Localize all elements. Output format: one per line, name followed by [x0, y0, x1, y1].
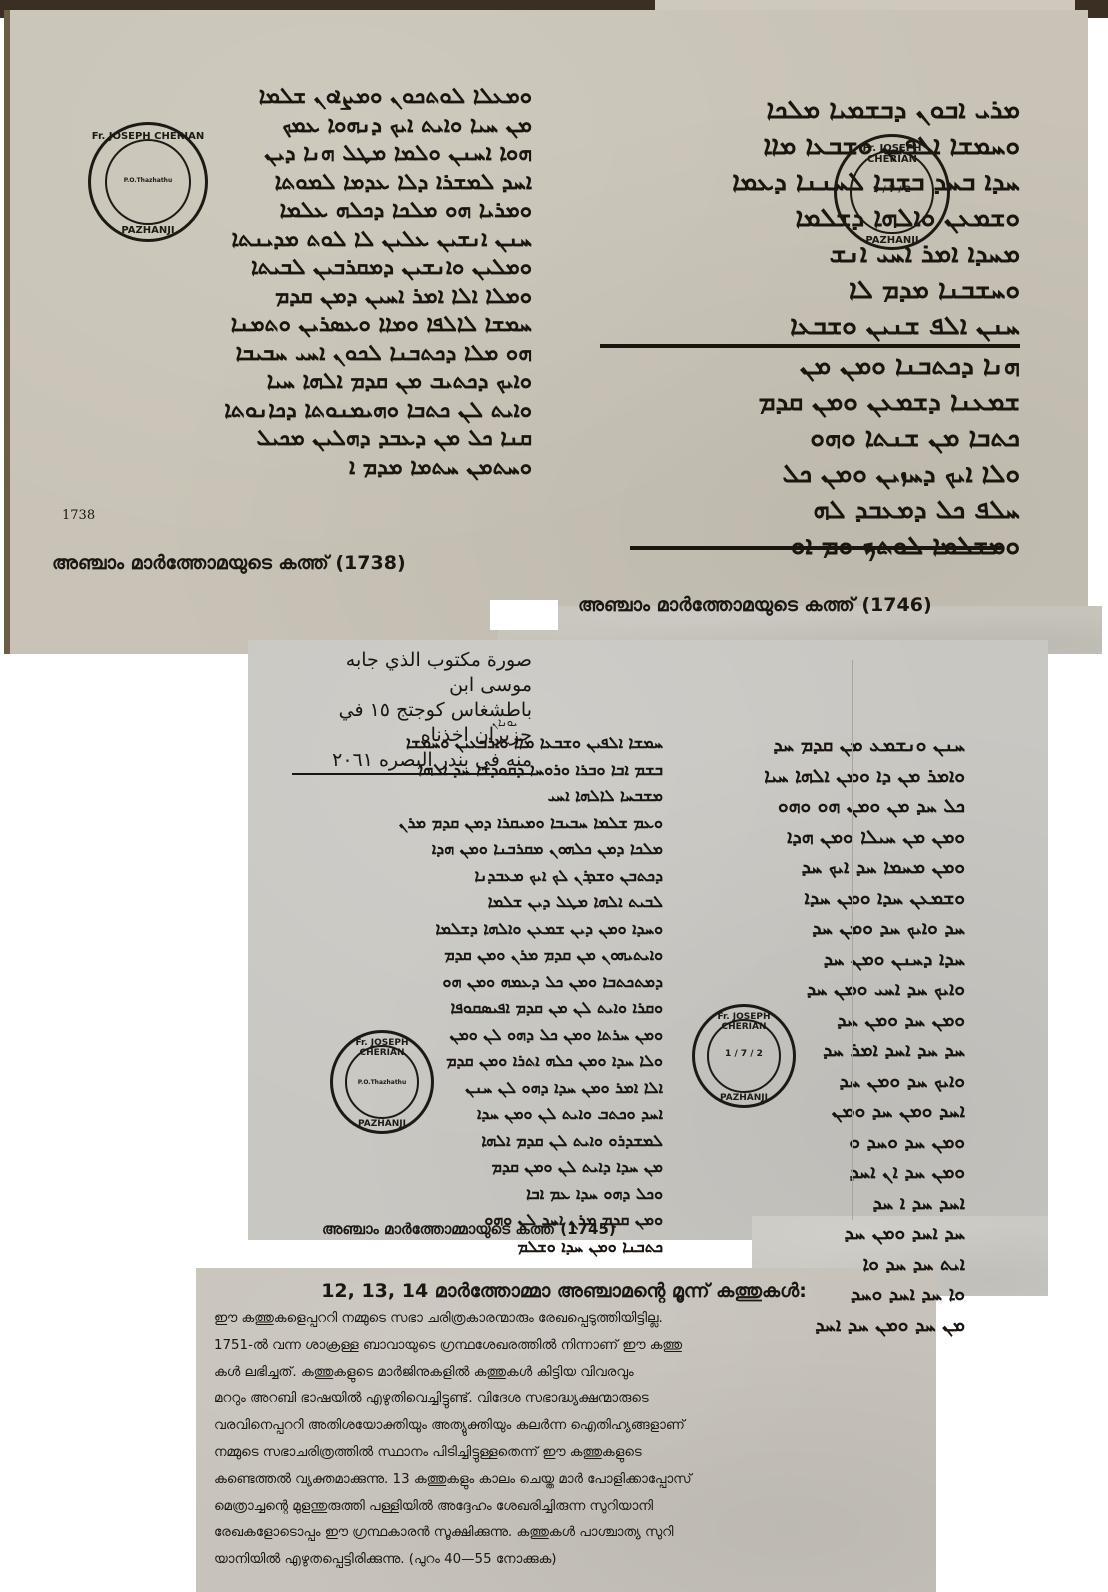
text-line: മെത്രാച്ചന്റെ മുളന്തുരുത്തി പള്ളിയിൽ അദ്…: [214, 1494, 914, 1521]
gap-block-right: [1048, 654, 1108, 1592]
manuscript-line: ܚܢܢ ܘܢܫܡܥ ܡܢ ܩܕܡ ܚܕ: [660, 730, 965, 761]
manuscript-line: ܚܕ ܘܐܝܟ ܚܕ ܘܡܢ ܚܕ: [660, 913, 965, 944]
stamp-text-top: Fr. JOSEPH CHERIAN: [91, 131, 205, 142]
annotation: ܝܘܢܐܢ: [492, 716, 517, 730]
stamp-text-bottom: PAZHANJI: [333, 1119, 431, 1129]
stamp-text-top: Fr. JOSEPH CHERIAN: [837, 143, 947, 165]
text-line: 1751-ൽ വന്ന ശാക്രള്ള ബാവായുടെ ഗ്രന്ഥശേഖര…: [214, 1333, 914, 1360]
manuscript-line: ܘܫܡܥܢ ܘܐܠܗܐ ܕܫܠܡܐ: [600, 200, 1020, 236]
text-line: കണ്ടെത്തൽ വ്യക്തമാക്കുന്നു. 13 കത്തുകളും…: [214, 1467, 914, 1494]
text-line: നമ്മുടെ സഭാചരിത്രത്തിൽ സ്ഥാനം പിടിച്ചിട്…: [214, 1440, 914, 1467]
manuscript-line: ܘܡܥܠܐ ܠܘܬܟܘܢ ܘܡܨܐܘܢ ܫܠܡܐ: [62, 82, 532, 111]
ownership-stamp: Fr. JOSEPH CHERIAN 9 / 7 / 2 PAZHANJI: [834, 134, 950, 250]
manuscript-line: ܡܚܕܐ ܐܡܪ ܐܚܝ ܐܢܫ: [600, 236, 1020, 272]
manuscript-line: ܟܠ ܚܕ ܡܢ ܘܡܢ ܗܘ ܘܗܘ: [660, 791, 965, 822]
text-line: വരവിനെപ്പററി അതിശയോക്തിയും അത്യുക്തിയും …: [214, 1413, 914, 1440]
stamp-text-center: P.O.Thazhathu: [333, 1079, 431, 1086]
manuscript-line: ܘܩܪܐ ܘܐܝܬ ܠܢ ܡܢ ܩܕܡ ܐܦܝܣܩܘܦܐ: [288, 995, 663, 1022]
manuscript-line: ܚܢܢ ܐܠܦ ܫܢܝܢ ܘܫܒܥܐ: [600, 308, 1020, 348]
figure-caption-1745: അഞ്ചാം മാർത്തോമ്മായുടെ കത്ത് (1745): [322, 1220, 616, 1238]
stamp-text-bottom: PAZHANJI: [91, 225, 205, 236]
manuscript-line: ܕܡܬܟܬܒܐ ܘܡܢ ܟܠ ܕܥܡܗ ܘܡܢ ܗܘ: [288, 969, 663, 996]
manuscript-line: ܘܚܕܐ ܘܡܢ ܕܝܢ ܫܡܥܢ ܘܐܠܗܐ ܕܫܠܡܐ: [288, 916, 663, 943]
closing-rule: [630, 546, 1002, 550]
manuscript-line: ܐܝܬ ܚܕ ܚܕ ܘܐ: [660, 1249, 965, 1280]
manuscript-line: ܡܪܝ ܐܒܘܢ ܕܒܫܡܝܐ ܡܠܟܐ: [600, 92, 1020, 128]
manuscript-line: ܘܚܬܡܢ ܚܬܡܐ ܡܕܡ ܐ: [62, 453, 532, 482]
manuscript-line: ܘܡܢ ܚܕ ܐܢ ܐܚܕ: [660, 1157, 965, 1188]
manuscript-line: ܚܠܦ ܟܠ ܕܡܥܒܕ ܠܗ: [600, 492, 1020, 528]
manuscript-line: ܘܐܝܬܝܗܘܢ ܡܢ ܩܕܡ ܡܪܢ ܘܡܢ ܩܕܡ: [288, 942, 663, 969]
ownership-stamp: Fr. JOSEPH CHERIAN P.O.Thazhathu PAZHANJ…: [88, 122, 208, 242]
manuscript-line: ܡܠܟܐ ܕܡܢ ܟܠܗܘܢ ܡܩܪܒܢܐ ܘܡܢ ܗܕܐ: [288, 836, 663, 863]
manuscript-line: ܘܡܠܝܢ ܘܐܢܫܝܢ ܕܡܩܪܒܝܢ ܠܒܝܬܐ: [62, 253, 532, 282]
manuscript-line: ܘܐܝܬ ܠܢ ܟܬܒܐ ܘܗܝܡܢܘܬܐ ܕܟܐܢܘܬܐ: [62, 396, 532, 425]
manuscript-line: ܗܘ ܡܠܐ ܕܟܬܒܢܐ ܠܟܘܢ ܐܚܝ ܚܒܝܒܐ: [62, 339, 532, 368]
body-paragraph: ഈ കത്തുകളെപ്പററി നമ്മുടെ സഭാ ചരിത്രകാരന്…: [214, 1306, 914, 1574]
stamp-text-center: P.O.Thazhathu: [91, 177, 205, 184]
ownership-stamp: Fr. JOSEPH CHERIAN 1 / 7 / 2 PAZHANJI: [692, 1004, 796, 1108]
manuscript-line: ܘܡܢ ܚܕ ܘܚܕ ܘ: [660, 1127, 965, 1158]
manuscript-line: ܚܕ ܐܚܕ ܘܡܢ ܚܕ: [660, 1218, 965, 1249]
manuscript-line: ܚܡܫܐ ܠܐܠܦܐ ܘܡܐܐ ܘܥܣܪܝܢ ܘܬܡܢܐ: [62, 310, 532, 339]
text-line: രേഖകളോടൊപ്പം ഈ ഗ്രന്ഥകാരൻ സൂക്ഷിക്കുന്നു…: [214, 1520, 914, 1547]
manuscript-line: ܘܠܐ ܐܝܟ ܕܚܙܝܢ ܘܡܢ ܟܠ: [600, 456, 1020, 492]
fold-line: [852, 660, 853, 1220]
margin-note: 1738: [62, 508, 95, 523]
stamp-text-top: Fr. JOSEPH CHERIAN: [333, 1038, 431, 1058]
gap-block: [490, 600, 558, 630]
text-line: മററും അറബി ഭാഷയിൽ എഴുതിവെച്ചിട്ടുണ്ട്. വ…: [214, 1386, 914, 1413]
manuscript-line: ܒܫܡ ܐܒܐ ܘܒܪܐ ܘܪܘܚܐ ܕܩܘܕܫܐ ܚܕ ܐܠܗܐ: [288, 757, 663, 784]
manuscript-line: ܕܟܬܒܢ ܘܫܕܪܢ ܠܟ ܐܝܟ ܡܥܒܕܢܐ: [288, 863, 663, 890]
stamp-text-bottom: PAZHANJI: [695, 1093, 793, 1103]
manuscript-line: ܚܡܫܐ ܐܠܦܝܢ ܘܫܒܥܐ ܡܐܐ ܘܐܪܒܥܝܢ ܘܚܡܫܐ: [288, 730, 663, 757]
ownership-stamp: Fr. JOSEPH CHERIAN P.O.Thazhathu PAZHANJ…: [330, 1030, 434, 1134]
manuscript-line: ܩܢܐ ܟܠ ܡܢ ܕܥܒܕ ܕܗܠܝܢ ܡܟܝܠ: [62, 424, 532, 453]
manuscript-line: ܘܟܠ ܕܗܘ ܚܕܐ ܥܡ ܐܒܐ: [288, 1181, 663, 1208]
figure-caption-1746: അഞ്ചാം മാർത്തോമയുടെ കത്ത് (1746): [578, 594, 932, 616]
manuscript-line: ܘܚܫܒܢܐ ܡܕܡ ܠܐ: [600, 272, 1020, 308]
manuscript-line: ܚܕܐ ܕܚܢܢ ܘܡܢ ܚܕ: [660, 944, 965, 975]
text-line: കൾ ലഭിച്ചത്. കത്തുകളുടെ മാർജിനുകളിൽ കത്ത…: [214, 1360, 914, 1387]
manuscript-1746: ܡܪܝ ܐܒܘܢ ܕܒܫܡܝܐ ܡܠܟܐܘܚܡܫܐ ܐܠܦܝܢ ܘܫܒܥܐ ܡܐ…: [600, 92, 1020, 564]
stamp-text-center: 1 / 7 / 2: [695, 1049, 793, 1059]
text-line: യാനിയിൽ എഴുതപ്പെട്ടിരിക്കുന്നു. (പുറം 40…: [214, 1547, 914, 1574]
manuscript-line: ܚܕܐ ܒܚܕ ܒܫܒܐ ܠܚܢܢܐ ܕܥܡܐ: [600, 164, 1020, 200]
manuscript-line: ܘܐܝܟ ܕܟܬܝܒ ܡܢ ܩܕܡ ܐܠܗܐ ܚܝܐ: [62, 367, 532, 396]
manuscript-line: ܠܡܫܕܪܘ ܘܐܝܬ ܠܢ ܩܕܡ ܐܠܗܐ: [288, 1128, 663, 1155]
manuscript-line: ܡܢ ܚܕܐ ܕܐܝܬ ܠܢ ܘܡܢ ܩܕܡ: [288, 1154, 663, 1181]
text-line: ഈ കത്തുകളെപ്പററി നമ്മുടെ സഭാ ചരിത്രകാരന്…: [214, 1306, 914, 1333]
figure-caption-1738: അഞ്ചാം മാർത്തോമയുടെ കത്ത് (1738): [52, 552, 406, 574]
stamp-text-bottom: PAZHANJI: [837, 235, 947, 246]
manuscript-line: ܘܫܡܥܢ ܚܕܐ ܘܡܢ ܚܕܐ: [660, 883, 965, 914]
manuscript-line: ܘܚܡܫܐ ܐܠܦܝܢ ܘܫܒܥܐ ܡܐܐ: [600, 128, 1020, 164]
manuscript-1745-left-column: ܚܡܫܐ ܐܠܦܝܢ ܘܫܒܥܐ ܡܐܐ ܘܐܪܒܥܝܢ ܘܚܡܫܐܒܫܡ ܐܒ…: [288, 730, 663, 1260]
manuscript-line: ܘܐܝܟ ܚܕ ܐܚܝ ܘܡܢ ܚܕ: [660, 974, 965, 1005]
gap-block-left: [0, 654, 248, 1268]
body-text-section: 12, 13, 14 മാർത്തോമ്മാ അഞ്ചാമന്റെ മൂന്ന്…: [214, 1280, 914, 1574]
manuscript-line: ܡܫܒܚܐ ܠܐܠܗܐ ܐܚܝ: [288, 783, 663, 810]
manuscript-line: ܐܚܕ ܚܕ ܐ ܚܕ: [660, 1188, 965, 1219]
manuscript-line: ܠܒܝܬ ܐܠܗܐ ܡܛܠ ܕܝܢ ܫܠܡܐ: [288, 889, 663, 916]
arabic-line: صورة مكتوب الذي جابه موسى ابن: [292, 648, 532, 698]
manuscript-line: ܗܢܐ ܕܟܬܒܢܐ ܘܡܢ ܡܢ: [600, 348, 1020, 384]
manuscript-line: ܘܡܢ ܡܢ ܚܝܠܐ ܘܡܢ ܗܕܐ: [660, 822, 965, 853]
manuscript-line: ܟܬܒܐ ܡܢ ܫܢܬܐ ܘܗܘ: [600, 420, 1020, 456]
manuscript-line: ܘܥܡ ܫܠܡܐ ܚܒܝܒܐ ܘܡܝܩܪܐ ܕܡܢ ܩܕܡ ܡܪܢ: [288, 810, 663, 837]
manuscript-line: ܘܡܠܐ ܐܠܐ ܐܡܪ ܐܚܝܢ ܕܡܢ ܩܕܡ: [62, 282, 532, 311]
manuscript-line: ܘܐܡܪ ܡܢ ܕܐ ܘܡܢ ܐܠܗܐ ܚܝܐ: [660, 761, 965, 792]
stamp-text-center: 9 / 7 / 2: [837, 185, 947, 195]
section-heading: 12, 13, 14 മാർത്തോമ്മാ അഞ്ചാമന്റെ മൂന്ന്…: [214, 1280, 914, 1302]
manuscript-line: ܘܡܢ ܡܚܡܐ ܚܕ ܐܝܟ ܚܕ: [660, 852, 965, 883]
stamp-text-top: Fr. JOSEPH CHERIAN: [695, 1012, 793, 1032]
manuscript-line: ܫܡܥܢܐ ܕܫܡܥܢ ܘܡܢ ܩܕܡ: [600, 384, 1020, 420]
